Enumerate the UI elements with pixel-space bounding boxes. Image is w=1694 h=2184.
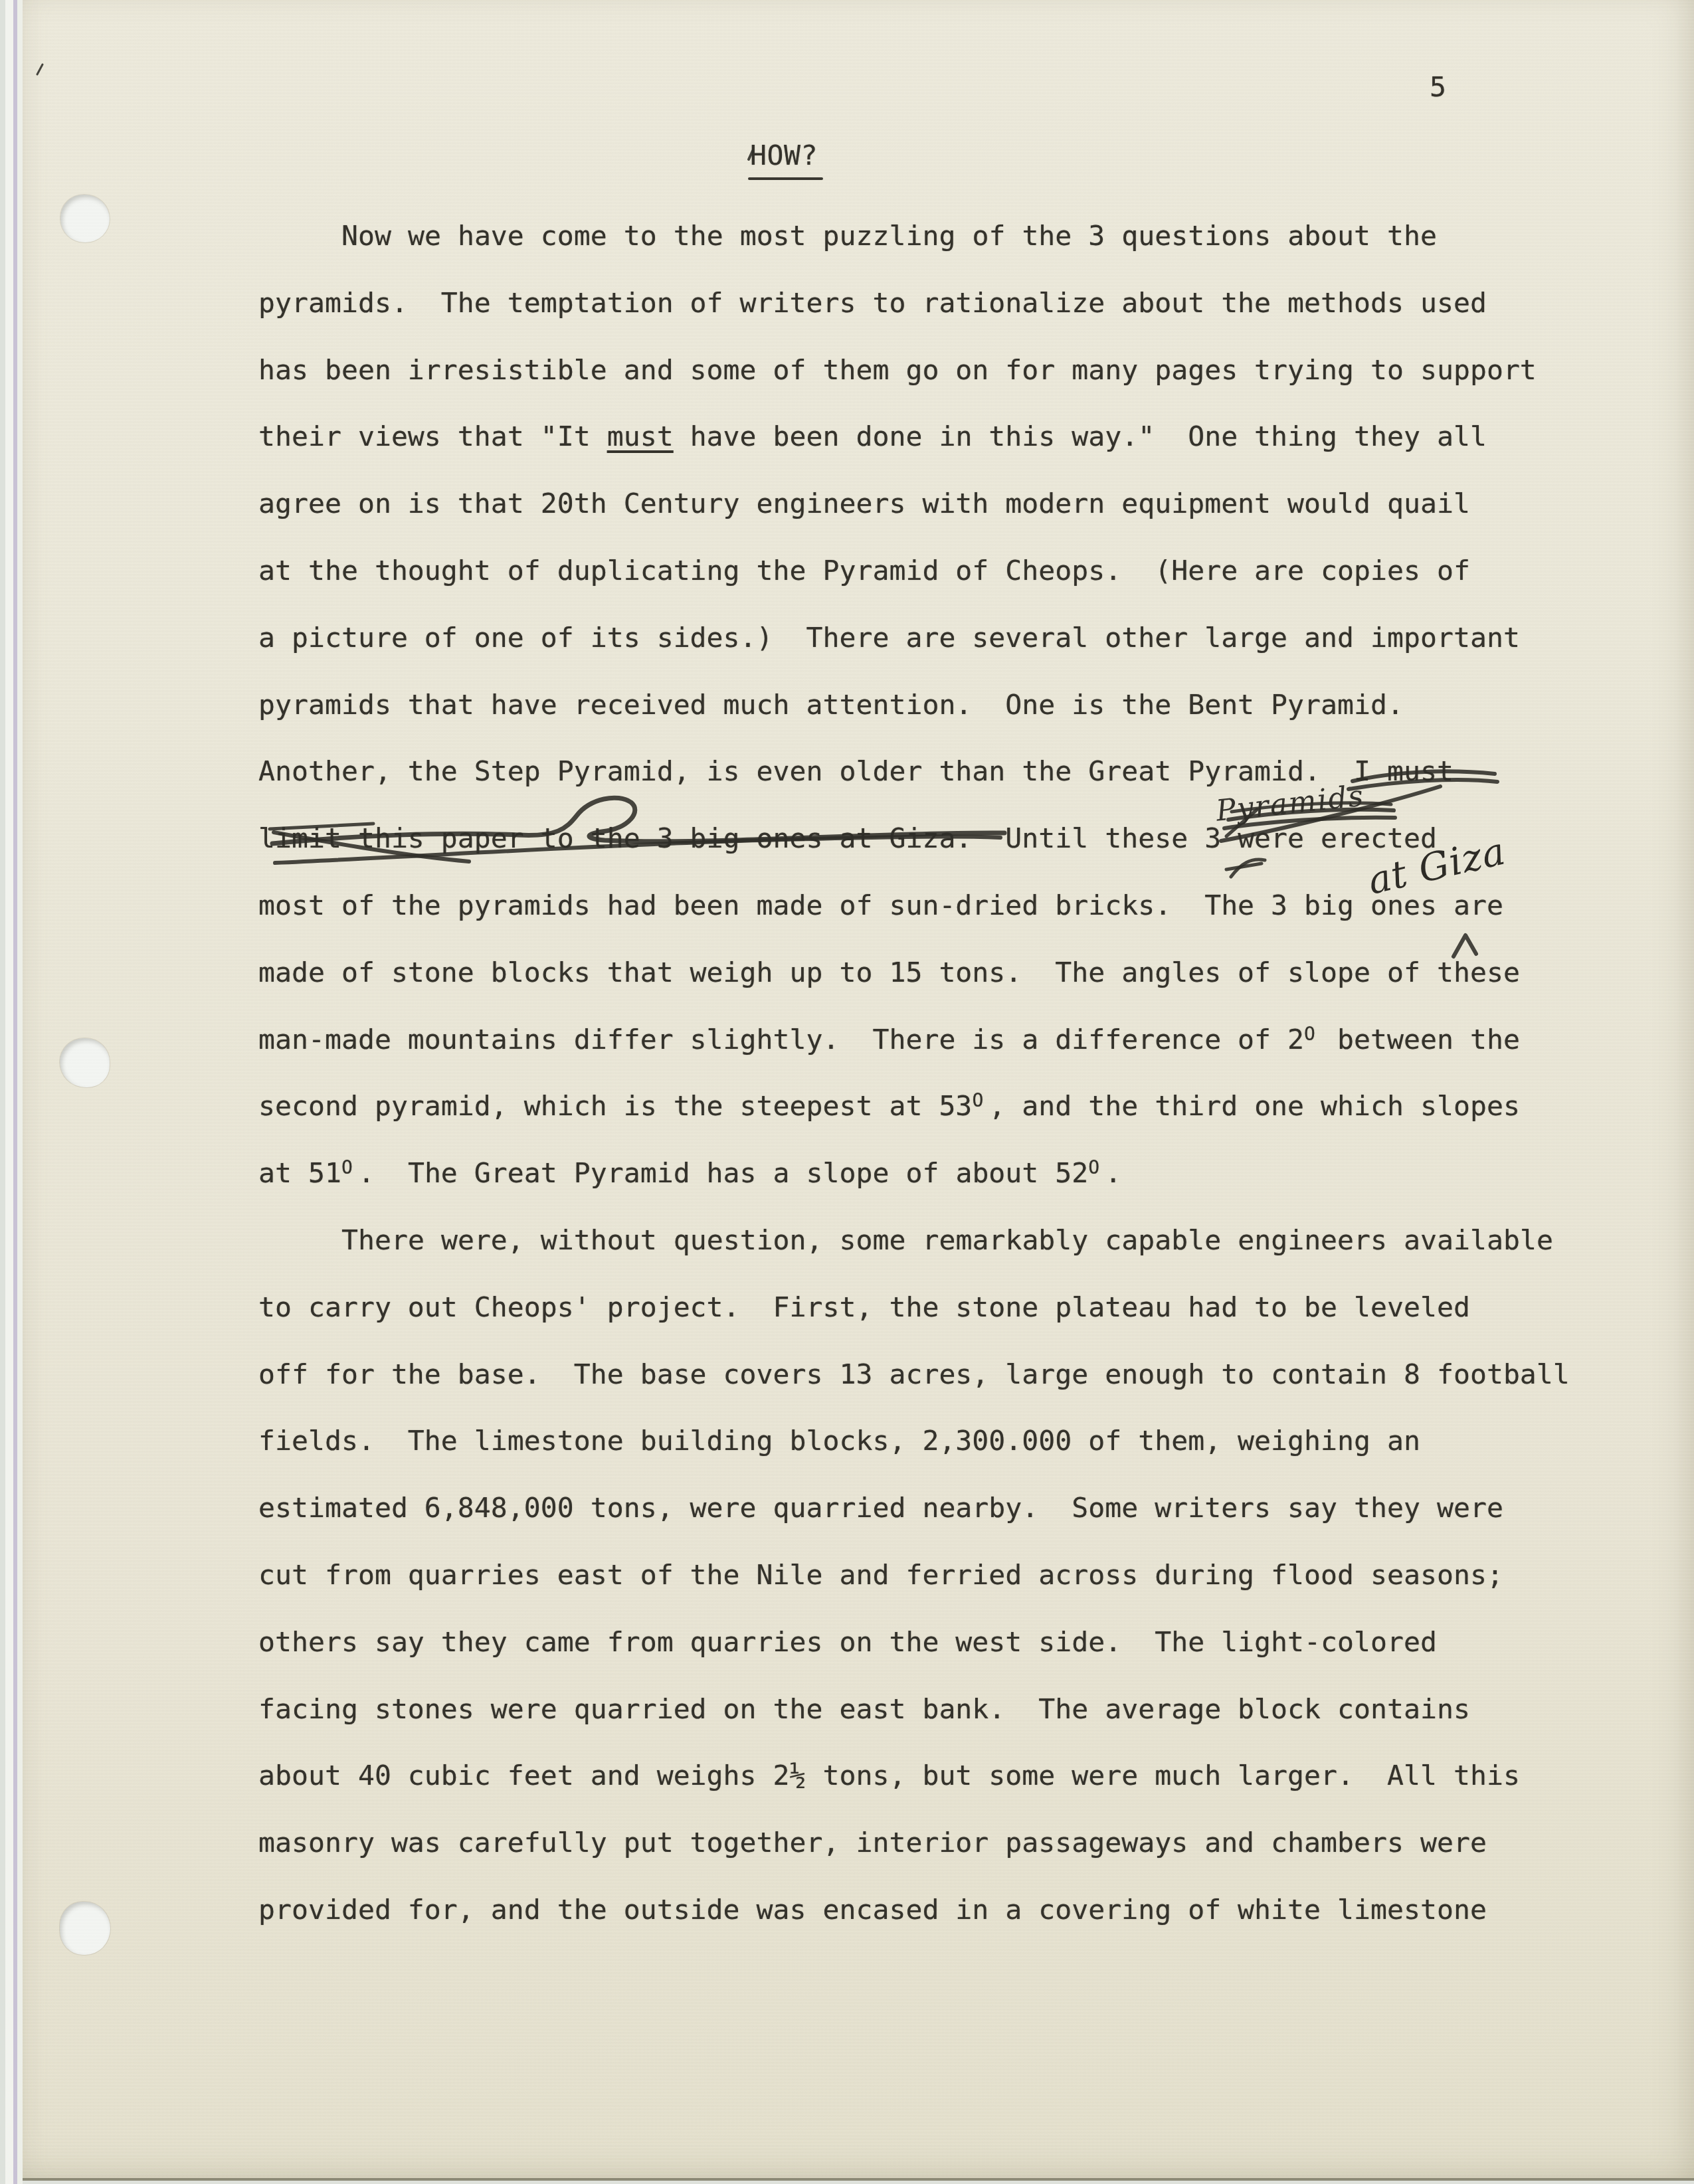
typed-line: about 40 cubic feet and weighs 2½ tons, … xyxy=(258,1742,1634,1809)
typed-text: pyramids. The temptation of writers to r… xyxy=(258,286,1487,319)
typed-line: has been irresistible and some of them g… xyxy=(258,337,1634,404)
typed-text: , and the third one which slopes xyxy=(988,1089,1520,1122)
punch-hole-middle xyxy=(60,1038,110,1087)
typed-text: at the thought of duplicating the Pyrami… xyxy=(258,554,1470,587)
typed-text: provided for, and the outside was encase… xyxy=(258,1893,1487,1926)
title-underline xyxy=(748,177,823,180)
typed-line: made of stone blocks that weigh up to 15… xyxy=(258,939,1634,1006)
typed-line: at 51O. The Great Pyramid has a slope of… xyxy=(258,1140,1634,1207)
typed-text: fields. The limestone building blocks, 2… xyxy=(258,1424,1420,1457)
typed-body: Now we have come to the most puzzling of… xyxy=(258,203,1634,1944)
typed-line: second pyramid, which is the steepest at… xyxy=(258,1073,1634,1140)
typed-line: facing stones were quarried on the east … xyxy=(258,1676,1634,1743)
punch-hole-bottom xyxy=(60,1902,110,1955)
typed-line: others say they came from quarries on th… xyxy=(258,1609,1634,1676)
typed-text: their views that "It xyxy=(258,420,607,452)
typed-text: man-made mountains differ slightly. Ther… xyxy=(258,1023,1304,1055)
typed-text: . xyxy=(1105,1156,1121,1189)
struck-text: I must xyxy=(1354,755,1454,787)
typed-text: agree on is that 20th Century engineers … xyxy=(258,487,1470,519)
superscript-degree: O xyxy=(1088,1135,1105,1202)
typed-text: Another, the Step Pyramid, is even older… xyxy=(258,755,1354,787)
typed-text: There were, without question, some remar… xyxy=(341,1224,1553,1256)
typed-text: at 51 xyxy=(258,1156,341,1189)
typed-line: pyramids that have received much attenti… xyxy=(258,672,1634,739)
typed-line: cut from quarries east of the Nile and f… xyxy=(258,1542,1634,1609)
typed-text: second pyramid, which is the steepest at… xyxy=(258,1089,972,1122)
scanner-edge-strip xyxy=(0,0,23,2184)
typed-text: others say they came from quarries on th… xyxy=(258,1625,1437,1658)
typed-line: at the thought of duplicating the Pyrami… xyxy=(258,537,1634,604)
superscript-degree: O xyxy=(1304,1001,1321,1068)
typed-line: Another, the Step Pyramid, is even older… xyxy=(258,738,1634,805)
typed-text: estimated 6,848,000 tons, were quarried … xyxy=(258,1491,1503,1524)
typed-line: masonry was carefully put together, inte… xyxy=(258,1809,1634,1876)
superscript-degree: O xyxy=(972,1067,988,1135)
typed-line: agree on is that 20th Century engineers … xyxy=(258,470,1634,537)
scanned-document-screenshot: { "page": { "number": "5", "title": "HOW… xyxy=(0,0,1694,2184)
typed-line: a picture of one of its sides.) There ar… xyxy=(258,604,1634,672)
typed-text: made of stone blocks that weigh up to 15… xyxy=(258,956,1520,988)
typed-line: to carry out Cheops' project. First, the… xyxy=(258,1274,1634,1341)
typed-line: There were, without question, some remar… xyxy=(258,1207,1634,1274)
underlined-word: must xyxy=(607,420,674,452)
struck-text: limit this paper to the 3 big ones at Gi… xyxy=(258,822,972,854)
typed-text: have been done in this way." One thing t… xyxy=(674,420,1487,452)
typed-text: . The Great Pyramid has a slope of about… xyxy=(358,1156,1088,1189)
typed-text: pyramids that have received much attenti… xyxy=(258,688,1404,721)
typed-text: between the xyxy=(1321,1023,1520,1055)
typed-text: cut from quarries east of the Nile and f… xyxy=(258,1558,1503,1591)
page-title: HOW? xyxy=(750,140,818,171)
typed-line: off for the base. The base covers 13 acr… xyxy=(258,1341,1634,1408)
typed-text: off for the base. The base covers 13 acr… xyxy=(258,1358,1570,1390)
page-number: 5 xyxy=(1430,72,1446,102)
typed-line: pyramids. The temptation of writers to r… xyxy=(258,270,1634,337)
superscript-degree: O xyxy=(341,1135,358,1202)
typed-text: Until these 3 were erected xyxy=(972,822,1437,854)
typed-text: most of the pyramids had been made of su… xyxy=(258,889,1503,921)
typed-line: man-made mountains differ slightly. Ther… xyxy=(258,1006,1634,1073)
typed-line: fields. The limestone building blocks, 2… xyxy=(258,1408,1634,1475)
typed-line: their views that "It must have been done… xyxy=(258,403,1634,470)
typed-text: facing stones were quarried on the east … xyxy=(258,1692,1470,1725)
typed-text: Now we have come to the most puzzling of… xyxy=(341,219,1437,252)
typed-line: Now we have come to the most puzzling of… xyxy=(258,203,1634,270)
typed-line: estimated 6,848,000 tons, were quarried … xyxy=(258,1475,1634,1542)
typed-text: to carry out Cheops' project. First, the… xyxy=(258,1291,1470,1323)
typed-text: has been irresistible and some of them g… xyxy=(258,353,1537,386)
typed-text: masonry was carefully put together, inte… xyxy=(258,1826,1487,1859)
typed-text: a picture of one of its sides.) There ar… xyxy=(258,621,1520,654)
punch-hole-top xyxy=(60,195,110,242)
typed-text: about 40 cubic feet and weighs 2½ tons, … xyxy=(258,1759,1520,1791)
typed-line: provided for, and the outside was encase… xyxy=(258,1876,1634,1944)
